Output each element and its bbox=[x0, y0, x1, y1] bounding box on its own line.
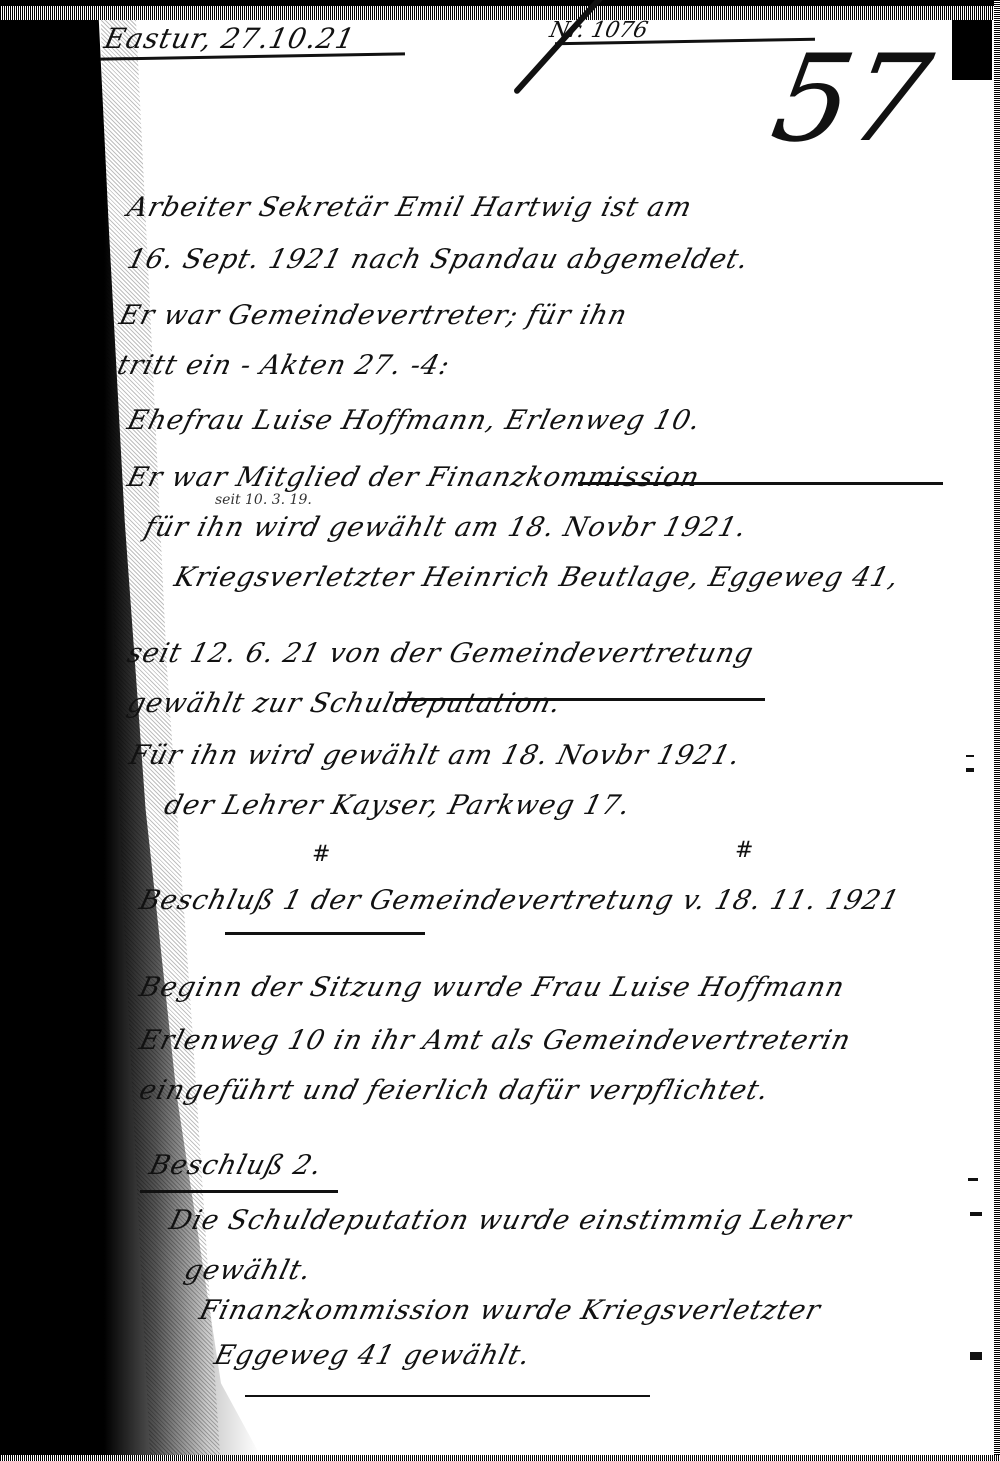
margin-mark bbox=[966, 755, 974, 757]
text-line: für ihn wird gewählt am 18. Novbr 1921. bbox=[141, 512, 750, 543]
text-line: 16. Sept. 1921 nach Spandau abgemeldet. bbox=[124, 244, 752, 275]
header-date: Eastur, 27.10.21 bbox=[101, 22, 358, 55]
margin-mark bbox=[968, 1178, 978, 1181]
text-line: der Lehrer Kayser, Parkweg 17. bbox=[161, 790, 634, 821]
text-line: gewählt zur Schuldeputation. bbox=[124, 688, 564, 719]
bottom-rule bbox=[245, 1395, 650, 1397]
margin-mark bbox=[966, 768, 974, 772]
text-line: Ehefrau Luise Hoffmann, Erlenweg 10. bbox=[124, 405, 704, 436]
underline-finanzkommission bbox=[578, 482, 943, 485]
underline-schuldeputation bbox=[395, 698, 765, 701]
text-line: gewählt. bbox=[181, 1255, 315, 1286]
text-line: Erlenweg 10 in ihr Amt als Gemeindevertr… bbox=[136, 1025, 854, 1056]
scan-frame-right bbox=[994, 0, 1000, 1461]
text-line: seit 12. 6. 21 von der Gemeindevertretun… bbox=[124, 638, 757, 669]
annotation-date: seit 10. 3. 19. bbox=[215, 492, 312, 508]
text-line: Finanzkommission wurde Kriegsverletzter bbox=[196, 1295, 824, 1326]
scan-frame-bottom bbox=[0, 1455, 1000, 1461]
text-line: Die Schuldeputation wurde einstimmig Leh… bbox=[166, 1205, 855, 1236]
scan-edge-block bbox=[952, 20, 992, 80]
text-line: Arbeiter Sekretär Emil Hartwig ist am bbox=[124, 192, 695, 223]
text-line: Für ihn wird gewählt am 18. Novbr 1921. bbox=[126, 740, 744, 771]
underline-beschluss-1 bbox=[225, 932, 425, 935]
section-marker: # bbox=[735, 838, 753, 863]
text-line: Beschluß 2. bbox=[146, 1150, 325, 1181]
text-line: Beginn der Sitzung wurde Frau Luise Hoff… bbox=[136, 972, 848, 1003]
page-number: 57 bbox=[764, 40, 938, 160]
text-line: Er war Mitglied der Finanzkommission bbox=[124, 462, 703, 493]
text-line: tritt ein - Akten 27. -4: bbox=[114, 350, 453, 381]
text-line: Kriegsverletzter Heinrich Beutlage, Egge… bbox=[171, 562, 902, 593]
text-line: Er war Gemeindevertreter; für ihn bbox=[116, 300, 631, 331]
scan-frame-top bbox=[0, 0, 1000, 20]
underline-beschluss-2 bbox=[140, 1190, 338, 1193]
margin-mark bbox=[970, 1212, 982, 1216]
text-line: eingeführt und feierlich dafür verpflich… bbox=[136, 1075, 772, 1106]
text-line: Eggeweg 41 gewählt. bbox=[211, 1340, 534, 1371]
text-line: Beschluß 1 der Gemeindevertretung v. 18.… bbox=[136, 885, 903, 916]
section-marker: # bbox=[312, 842, 330, 867]
margin-mark bbox=[970, 1352, 982, 1360]
